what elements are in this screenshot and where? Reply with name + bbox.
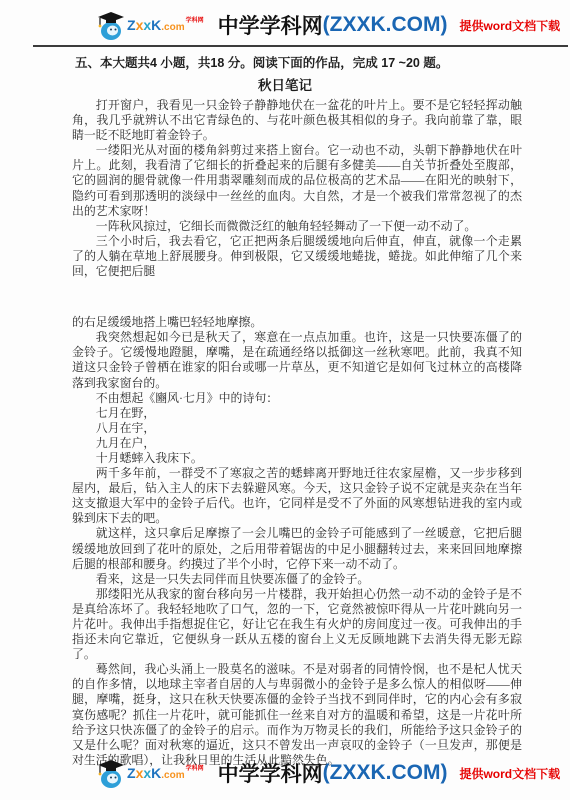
download-note: 提供word文档下载: [459, 17, 560, 34]
logo-letter: .com: [161, 770, 184, 781]
article-body: 打开窗户，我看见一只金铃子静静地伏在一盆花的叶片上。要不是它轻轻挥动触角，我几乎…: [72, 98, 522, 768]
article-paragraph: 两千多年前，一群受不了寒寂之苦的蟋蟀离开野地迁往农家屋檐，又一步步移到屋内，最后…: [72, 466, 522, 526]
document-page: ZxxK.com 学科网 中学学科网 (ZXXK.COM) 提供word文档下载…: [0, 0, 570, 800]
graduate-mascot-icon: [96, 9, 126, 41]
site-name: 中学学科网: [218, 758, 323, 788]
article-paragraph: 一阵秋风掠过，它细长而微微泛红的触角轻轻舞动了一下便一动不动了。: [72, 219, 522, 234]
footer-brandbar: ZxxK.com 学科网 中学学科网 (ZXXK.COM) 提供word文档下载: [0, 754, 570, 792]
article-paragraph: 不由想起《豳风·七月》中的诗句：: [72, 391, 522, 406]
zxxk-wordmark: ZxxK.com: [127, 17, 185, 33]
logo-letter: K: [151, 17, 161, 33]
article-paragraph: 那缕阳光从我家的窗台移向另一片楼群，我开始担心仍然一动不动的金铃子是不是真给冻坏…: [72, 587, 522, 662]
zxxk-wordmark-tagline: 学科网: [186, 754, 204, 772]
graduate-mascot-icon: [96, 757, 126, 789]
logo-letter: x: [143, 17, 151, 33]
logo-letter: K: [151, 765, 161, 781]
article-title: 秋日笔记: [0, 74, 570, 94]
article-paragraph: 三个小时后，我去看它，它正把两条后腿缓缓地向后伸直，伸直，就像一个走累了的人躺在…: [72, 234, 522, 279]
article-paragraph: 的右足缓缓地搭上嘴巴轻轻地摩擦。: [72, 315, 522, 330]
article-paragraph: 就这样，这只拿后足摩擦了一会儿嘴巴的金铃子可能感到了一丝暖意，它把后腿缓缓地放回…: [72, 526, 522, 571]
article-paragraph: 我突然想起如今已是秋天了，寒意在一点点加重。也许，这是一只快要冻僵了的金铃子。它…: [72, 330, 522, 390]
poem-line: 十月蟋蟀入我床下。: [72, 451, 522, 466]
site-domain: (ZXXK.COM): [323, 761, 448, 785]
zxxk-wordmark: ZxxK.com: [127, 765, 185, 781]
article-paragraph: 看来，这是一只失去同伴而且快要冻僵了的金铃子。: [72, 572, 522, 587]
logo-letter: Z: [127, 765, 136, 781]
site-domain: (ZXXK.COM): [323, 13, 448, 37]
document-content: 五、本大题共4 小题，共18 分。阅读下面的作品，完成 17 ~20 题。 秋日…: [0, 0, 570, 768]
header-brandbar: ZxxK.com 学科网 中学学科网 (ZXXK.COM) 提供word文档下载: [0, 6, 570, 44]
section-instruction: 五、本大题共4 小题，共18 分。阅读下面的作品，完成 17 ~20 题。: [75, 53, 570, 71]
download-note: 提供word文档下载: [459, 765, 560, 782]
poem-line: 七月在野，: [72, 406, 522, 421]
zxxk-wordmark-tagline: 学科网: [186, 6, 204, 24]
poem-line: 八月在宇，: [72, 421, 522, 436]
logo-letter: x: [143, 765, 151, 781]
logo-letter: Z: [127, 17, 136, 33]
column-gap: [72, 279, 522, 315]
logo-letter: .com: [161, 22, 184, 33]
article-paragraph: 打开窗户，我看见一只金铃子静静地伏在一盆花的叶片上。要不是它轻轻挥动触角，我几乎…: [72, 98, 522, 143]
article-paragraph: 一缕阳光从对面的楼角斜剪过来搭上窗台。它一动也不动，头朝下静静地伏在叶片上。此刻…: [72, 143, 522, 218]
site-name: 中学学科网: [218, 10, 323, 40]
header-divider: [33, 45, 568, 47]
poem-line: 九月在户，: [72, 436, 522, 451]
article-paragraph: 蓦然间，我心头涌上一股莫名的滋味。不是对弱者的同情怜悯，也不是杞人忧天的自作多情…: [72, 662, 522, 768]
